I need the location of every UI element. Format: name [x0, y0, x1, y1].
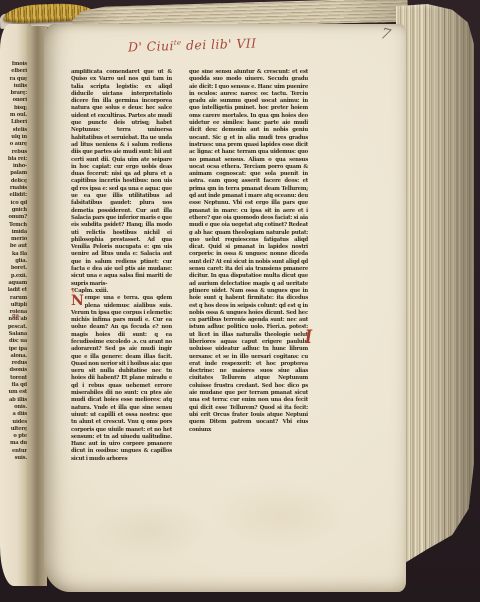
- chapter-rubric-label: Caplm. xxiii.: [74, 288, 108, 294]
- text-fragment-line: o aurę: [1, 141, 27, 148]
- text-fragment-line: suis.: [1, 455, 27, 462]
- running-header-text: dei lib' VII: [181, 35, 256, 52]
- text-fragment-line: onum?: [1, 214, 27, 221]
- text-fragment-line: a diis: [1, 411, 27, 418]
- text-fragment-line: ma du: [1, 440, 27, 447]
- fore-edge-page-stack: [396, 4, 474, 578]
- text-fragment-line: ico qd: [1, 200, 27, 207]
- text-fragment-line: gnich: [1, 207, 27, 214]
- text-fragment-line: dis: ua: [1, 338, 27, 345]
- text-fragment-line: ipe ipa: [1, 346, 27, 353]
- text-fragment-line: elberi: [1, 68, 27, 75]
- text-fragment-line: palam: [1, 170, 27, 177]
- text-fragment-line: uides: [1, 419, 27, 426]
- text-fragment-line: ladit et: [1, 287, 27, 294]
- text-fragment-line: onori: [1, 97, 27, 104]
- text-fragment-line: rarum: [1, 295, 27, 302]
- text-fragment-line: inho-: [1, 163, 27, 170]
- book-photo-background: fmoiselberira quęiuilisbrarę:onoribisq;m…: [0, 0, 480, 602]
- column2-paragraph: que sine sensu aluntur & crescunt: et es…: [189, 69, 308, 433]
- text-fragment-line: fla qd: [1, 382, 27, 389]
- text-fragment-line: fmois: [1, 61, 27, 68]
- paper-stain: [90, 500, 210, 560]
- text-fragment-line: bla rei:: [1, 156, 27, 163]
- text-fragment-line: ra quę: [1, 76, 27, 83]
- text-fragment-line: aquam: [1, 280, 27, 287]
- text-fragment-line: p.exii.: [1, 273, 27, 280]
- text-fragment-line: Temch: [1, 222, 27, 229]
- text-fragment-line: delicę: [1, 178, 27, 185]
- running-header-text: D' Ciui: [128, 38, 174, 54]
- column1-paragraph: empe una e terra. qua qdem plena uidemus…: [71, 295, 172, 462]
- text-fragment-line: alona.: [1, 353, 27, 360]
- text-fragment-line: pescat.: [1, 324, 27, 331]
- text-fragment-line: dsonis: [1, 367, 27, 374]
- text-fragment-line: merio: [1, 236, 27, 243]
- text-fragment-line: iuilis: [1, 83, 27, 90]
- text-fragment-line: stelis: [1, 127, 27, 134]
- text-fragment-line: brarę:: [1, 90, 27, 97]
- text-fragment-line: rebus: [1, 149, 27, 156]
- text-column-1: amplificata comendaret que ut & Quiso ex…: [71, 69, 172, 473]
- text-fragment-line: m oul.: [1, 112, 27, 119]
- text-fragment-line: be aut: [1, 243, 27, 250]
- text-fragment-line: imida: [1, 229, 27, 236]
- column1-paragraph: amplificata comendaret que ut & Quiso ex…: [71, 69, 172, 287]
- text-fragment-line: boret.: [1, 265, 27, 272]
- text-fragment-line: ka fla: [1, 251, 27, 258]
- text-fragment-line: Liberi: [1, 119, 27, 126]
- red-text-fragment: ga.: [12, 313, 21, 319]
- text-fragment-line: rnabis: [1, 185, 27, 192]
- text-fragment-line: ulterę: [1, 426, 27, 433]
- text-fragment-line: torent: [1, 375, 27, 382]
- text-fragment-line: ab illis: [1, 397, 27, 404]
- text-fragment-line: ellidit:: [1, 192, 27, 199]
- marginal-initial: I: [305, 328, 312, 347]
- text-fragment-line: o pte: [1, 433, 27, 440]
- text-fragment-line: Salana: [1, 331, 27, 338]
- text-fragment-line: glia.: [1, 258, 27, 265]
- text-fragment-line: bisq;: [1, 105, 27, 112]
- text-fragment-line: redus: [1, 360, 27, 367]
- drop-cap-initial: N: [71, 295, 84, 307]
- text-fragment-line: entur: [1, 448, 27, 455]
- text-fragment-line: um est: [1, 389, 27, 396]
- paper-stain: [210, 480, 350, 550]
- facing-page-text-fragments: fmoiselberira quęiuilisbrarę:onoribisq;m…: [1, 61, 27, 481]
- text-fragment-line: onis.: [1, 404, 27, 411]
- text-column-2: que sine sensu aluntur & crescunt: et es…: [189, 69, 308, 465]
- text-fragment-line: ulq in: [1, 134, 27, 141]
- text-fragment-line: ultipli: [1, 302, 27, 309]
